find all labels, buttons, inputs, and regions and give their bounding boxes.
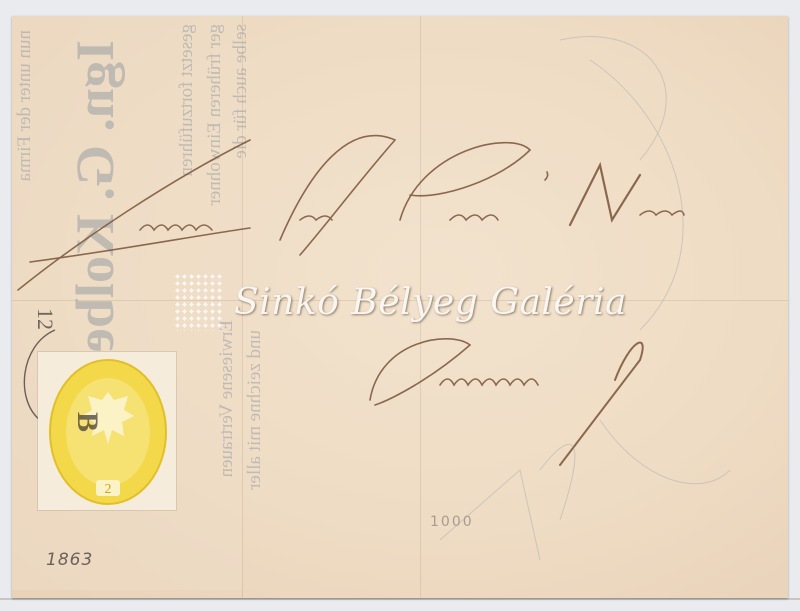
show-through-text: nun unter der Firma	[14, 30, 36, 181]
postage-stamp: 2 B	[38, 352, 176, 510]
show-through-text: Erwiesene Vertrauen	[216, 320, 238, 477]
stamp-icon	[174, 273, 222, 331]
svg-text:B: B	[71, 412, 104, 432]
show-through-text: gesetzt fortzuführen	[176, 24, 198, 176]
watermark-text: Sinkó Bélyeg Galéria	[234, 282, 627, 323]
svg-text:2: 2	[105, 482, 112, 497]
show-through-text: selbe auch für die	[230, 24, 252, 159]
show-through-heading: Ign. G. Kolbe	[64, 40, 126, 352]
postmark-date: 12	[32, 308, 58, 330]
pencil-year-note: 1863	[46, 550, 93, 570]
scanner-edge-line	[0, 598, 800, 600]
show-through-text: und zeichne mit aller	[244, 330, 266, 490]
show-through-text: ger früheren Einwohner	[204, 24, 226, 205]
pencil-number-note: 1000	[430, 514, 474, 530]
gallery-watermark: Sinkó Bélyeg Galéria	[174, 273, 627, 331]
